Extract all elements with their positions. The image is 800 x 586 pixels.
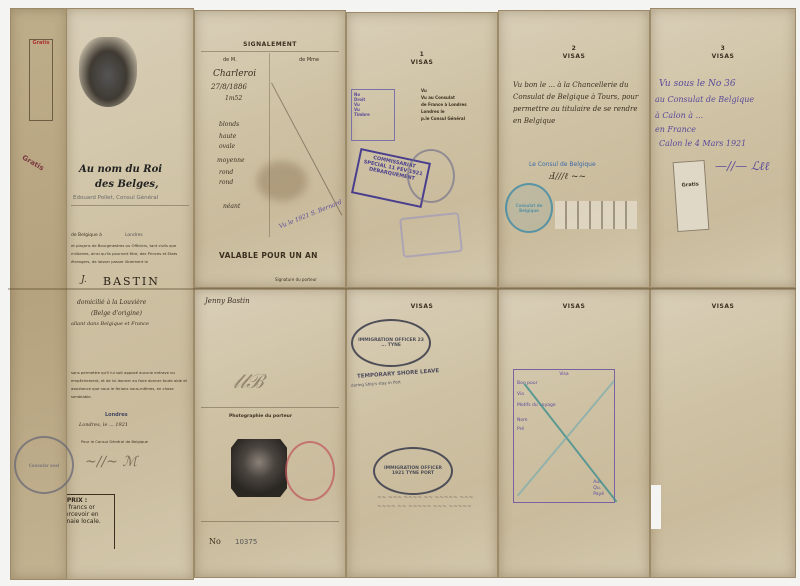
stain — [257, 161, 307, 201]
holder-initial: J. — [81, 275, 87, 285]
holder-detail-1: domicilié à la Louvière — [77, 299, 146, 306]
block-line: Londres le — [421, 108, 467, 115]
entry-hair: blonds — [219, 121, 239, 128]
entry-forehead: haute — [219, 133, 236, 140]
destination: allant dans Belgique et France — [71, 321, 149, 327]
price-label: PRIX : — [66, 497, 112, 504]
immigration-stamp-2: IMMIGRATION OFFICER 1921 TYNE PORT — [373, 447, 453, 495]
coat-of-arms-icon — [79, 37, 137, 107]
visa-1-printed-block: Vu Vu au Consulat de France à Londres Lo… — [421, 87, 467, 122]
blue-consulate-seal: Consulat de Belgique — [505, 183, 553, 233]
entry-face: ovale — [219, 143, 235, 150]
entry-marks: néant — [223, 203, 240, 210]
block-line: p.le Consul Général — [421, 115, 467, 122]
consular-seal: Consular seal — [14, 436, 74, 494]
visa-3-num: 3 — [651, 45, 795, 52]
price-line-2: à percevoir en — [66, 511, 112, 518]
pencil-scribble: 𝓁𝓁ℬ — [233, 369, 263, 393]
entry-birthdate: 27/8/1886 — [211, 83, 247, 91]
visa-3-line-2: au Consulat de Belgique — [655, 95, 754, 104]
block-line: de France à Londres — [421, 101, 467, 108]
body-city: Londres — [125, 233, 143, 238]
visa-page-1: 1 VISAS No Droit Vu Vu Timbre Vu Vu au C… — [346, 12, 498, 288]
heading-line1: Au nom du Roi — [79, 164, 162, 175]
col-left-label: de M. — [223, 57, 237, 63]
signalement-stamp: Vu le 1921 S. Bernard — [278, 199, 343, 231]
page-title-cover: Au nom du Roi des Belges, Edouard Pollet… — [66, 8, 194, 580]
visa-page-5: VISAS Visa Bon pour Via Motifs du voyage… — [498, 288, 650, 578]
visa-box-line: Motifs du voyage — [517, 403, 611, 408]
left-edge-strip: Gratis Gratis — [10, 8, 68, 580]
consular-seal-text: Consular seal — [29, 463, 59, 468]
visa-1-round-seal — [407, 149, 455, 203]
entry-nose: rond — [219, 179, 233, 186]
gratis-side-stamp: Gratis — [21, 154, 46, 173]
issuer-name: Edouard Pollet, Consul Général — [73, 195, 158, 201]
pencil-notes: ~~ ~~~ ~~~~ ~~ ~~~~~ ~~~ ~~~~ ~~ ~~~~~ ~… — [377, 494, 487, 512]
validity-text: VALABLE POUR UN AN — [219, 251, 318, 260]
visa-box-line: Bon pour — [517, 381, 611, 386]
holder-surname: BASTIN — [103, 275, 160, 288]
visa-2-consul-line: Le Consul de Belgique — [529, 161, 596, 168]
entry-birthplace: Charleroi — [213, 69, 256, 79]
visa-box-line: Nom — [517, 418, 611, 423]
visa-2-handwritten: Vu bon le ... à la Chancellerie du Consu… — [513, 79, 639, 127]
signatory-line: Pour le Consul Général de Belgique — [81, 439, 148, 444]
immigration-stamp-2-text: IMMIGRATION OFFICER 1921 TYNE PORT — [377, 466, 449, 476]
visa-1-header: VISAS — [347, 59, 497, 66]
holder-signature: Jenny Bastin — [205, 297, 250, 305]
price-box: PRIX : 25 francs or à percevoir en monna… — [66, 494, 115, 549]
visa-1-num: 1 — [347, 51, 497, 58]
torn-edge — [651, 485, 661, 529]
visa-6-header: VISAS — [651, 303, 795, 310]
entry-mouth: moyenne — [217, 157, 245, 164]
price-line-3: monnaie locale. — [66, 518, 112, 525]
visa-3-signature: —∕∕— ℒℓℓ — [715, 159, 770, 174]
visa-4-header: VISAS — [347, 303, 497, 310]
visa-3-header: VISAS — [651, 53, 795, 60]
photo-label: Photographie du porteur — [229, 414, 292, 419]
box-line: Timbre — [354, 112, 392, 117]
visa-page-3: 3 VISAS Vu sous le No 36 au Consulat de … — [650, 8, 796, 288]
visa-page-2: 2 VISAS Vu bon le ... à la Chancellerie … — [498, 10, 650, 288]
immigration-stamp-1-text: IMMIGRATION OFFICER 23 ... TYNE — [355, 338, 427, 348]
visa-1-faded-stamp — [399, 212, 463, 258]
visa-page-4: VISAS IMMIGRATION OFFICER 23 ... TYNE TE… — [346, 288, 498, 578]
visa-1-small-box: No Droit Vu Vu Timbre — [351, 89, 395, 141]
block-line: Vu au Consulat — [421, 94, 467, 101]
visa-2-signature: Ⅎ∕∕∕ℓ ~~ — [549, 171, 586, 182]
gratis-stamp-text: Gratis — [675, 181, 705, 189]
body-intro: de Belgique à — [71, 233, 102, 238]
immigration-stamp-1: IMMIGRATION OFFICER 23 ... TYNE — [351, 319, 431, 367]
blue-seal-text: Consulat de Belgique — [507, 203, 551, 213]
revenue-stamps — [555, 201, 637, 229]
serial-label: No — [209, 537, 221, 546]
visa-3-line-1: Vu sous le No 36 — [659, 79, 736, 89]
place-printed: Londres — [105, 412, 128, 418]
col-right-label: de Mme — [299, 57, 319, 63]
signalement-header: SIGNALEMENT — [195, 41, 345, 48]
block-line: Vu — [421, 87, 467, 94]
entry-height: 1m52 — [225, 95, 242, 102]
heading-line2: des Belges, — [95, 179, 159, 190]
issue-date: Londres, le ... 1921 — [79, 422, 128, 428]
serial-number: 10375 — [235, 538, 257, 546]
center-fold — [8, 288, 796, 290]
visa-3-line-5: Calon le 4 Mars 1921 — [659, 139, 746, 148]
gratis-stamp: Gratis — [673, 160, 710, 232]
signature-label: Signature du porteur — [275, 277, 317, 282]
visa-2-num: 2 — [499, 45, 649, 52]
shore-leave-subtext: during Ship's stay in Port — [351, 379, 401, 387]
passport-sheet: Gratis Gratis Au nom du Roi des Belges, … — [8, 8, 796, 580]
body-text-1: et plaçons de Bourgmestres ou Officiers,… — [71, 242, 191, 266]
visa-5-header: VISAS — [499, 303, 649, 310]
entry-chin: rond — [219, 169, 233, 176]
visa-page-6: VISAS — [650, 288, 796, 578]
visa-3-line-4: en France — [655, 125, 696, 134]
visa-3-line-3: à Calon à ... — [655, 111, 703, 120]
visa-box-title: Visa — [514, 372, 614, 377]
strip-stamp-text: Gratis — [32, 40, 49, 46]
visa-2-header: VISAS — [499, 53, 649, 60]
visa-box-line: Pré — [517, 427, 611, 432]
visa-box-footer: Payé — [593, 492, 604, 498]
body-text-2: sans permettre qu'il lui soit apposé auc… — [71, 369, 193, 401]
page-photo: Jenny Bastin 𝓁𝓁ℬ Photographie du porteur… — [194, 288, 346, 578]
strip-stamp-box: Gratis — [29, 39, 53, 121]
consul-signature: ~∕∕~ ℳ — [85, 454, 137, 470]
red-consulate-seal — [285, 441, 335, 501]
price-line-1: 25 francs or — [66, 504, 112, 511]
page-signalement: SIGNALEMENT de M. de Mme Charleroi 27/8/… — [194, 10, 346, 288]
shore-leave-text: TEMPORARY SHORE LEAVE — [357, 368, 440, 380]
holder-detail-2: (Belge d'origine) — [91, 310, 142, 317]
holder-photo — [231, 439, 287, 497]
